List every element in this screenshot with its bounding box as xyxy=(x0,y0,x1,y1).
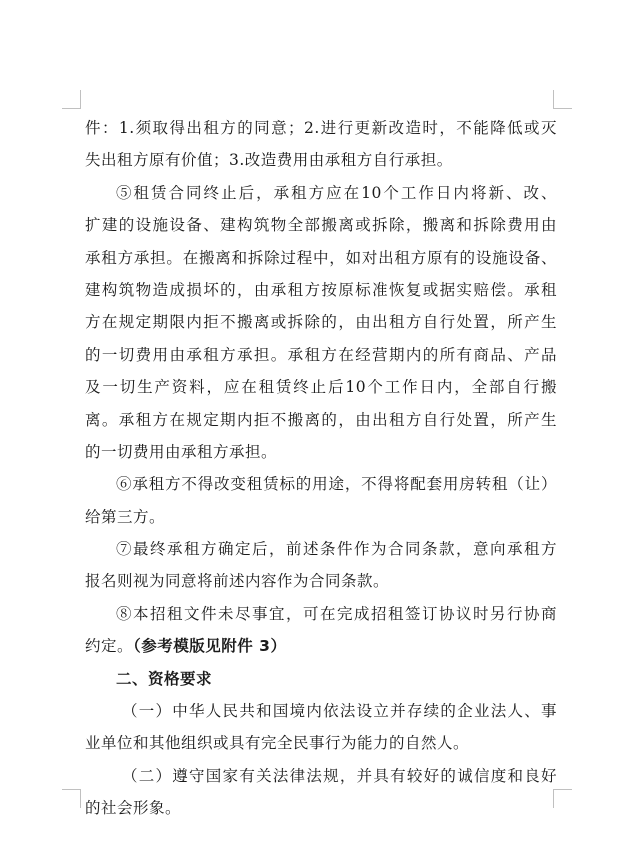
top-right-margin-mark xyxy=(553,90,572,109)
qualification-1-start: （一）中华人民共和国境内依法设立并存续的企业法人、事 xyxy=(85,695,557,727)
text-line: 约定。（参考模版见附件 3） xyxy=(85,630,557,662)
text-line: 给第三方。 xyxy=(85,501,557,533)
qualification-2-start: （二）遵守国家有关法律法规，并具有较好的诚信度和良好 xyxy=(85,760,557,792)
text-line: 扩建的设施设备、建构筑物全部搬离或拆除，搬离和拆除费用由 xyxy=(85,209,557,241)
attachment-note: （参考模版见附件 3） xyxy=(133,637,286,655)
text-fragment: 约定。 xyxy=(85,637,133,655)
clause-7-start: ⑦最终承租方确定后，前述条件作为合同条款，意向承租方 xyxy=(85,533,557,565)
clause-5-start: ⑤租赁合同终止后，承租方应在10个工作日内将新、改、 xyxy=(85,177,557,209)
document-body: 件：1.须取得出租方的同意；2.进行更新改造时，不能降低或灭 失出租方原有价值；… xyxy=(85,112,557,825)
text-line: 失出租方原有价值；3.改造费用由承租方自行承担。 xyxy=(85,144,557,176)
top-left-margin-mark xyxy=(62,90,81,109)
text-line: 承租方承担。在搬离和拆除过程中，如对出租方原有的设施设备、 xyxy=(85,242,557,274)
clause-8-start: ⑧本招租文件未尽事宜，可在完成招租签订协议时另行协商 xyxy=(85,598,557,630)
text-line: 报名则视为同意将前述内容作为合同条款。 xyxy=(85,565,557,597)
text-line: 的一切费用由承租方承担。 xyxy=(85,436,557,468)
document-page: 件：1.须取得出租方的同意；2.进行更新改造时，不能降低或灭 失出租方原有价值；… xyxy=(0,0,630,857)
text-line: 建构筑物造成损坏的，由承租方按原标准恢复或据实赔偿。承租 xyxy=(85,274,557,306)
text-line: 方在规定期限内拒不搬离或拆除的，由出租方自行处置，所产生 xyxy=(85,306,557,338)
text-line: 的社会形象。 xyxy=(85,792,557,824)
text-line: 的一切费用由承租方承担。承租方在经营期内的所有商品、产品 xyxy=(85,339,557,371)
text-line: 及一切生产资料，应在租赁终止后10个工作日内，全部自行搬 xyxy=(85,371,557,403)
text-line: 业单位和其他组织或具有完全民事行为能力的自然人。 xyxy=(85,727,557,759)
text-line: 离。承租方在规定期内拒不搬离的，由出租方自行处置，所产生 xyxy=(85,404,557,436)
text-line: 件：1.须取得出租方的同意；2.进行更新改造时，不能降低或灭 xyxy=(85,112,557,144)
bottom-left-margin-mark xyxy=(62,789,81,808)
clause-6-start: ⑥承租方不得改变租赁标的用途，不得将配套用房转租（让） xyxy=(85,468,557,500)
section-heading: 二、资格要求 xyxy=(85,663,557,695)
